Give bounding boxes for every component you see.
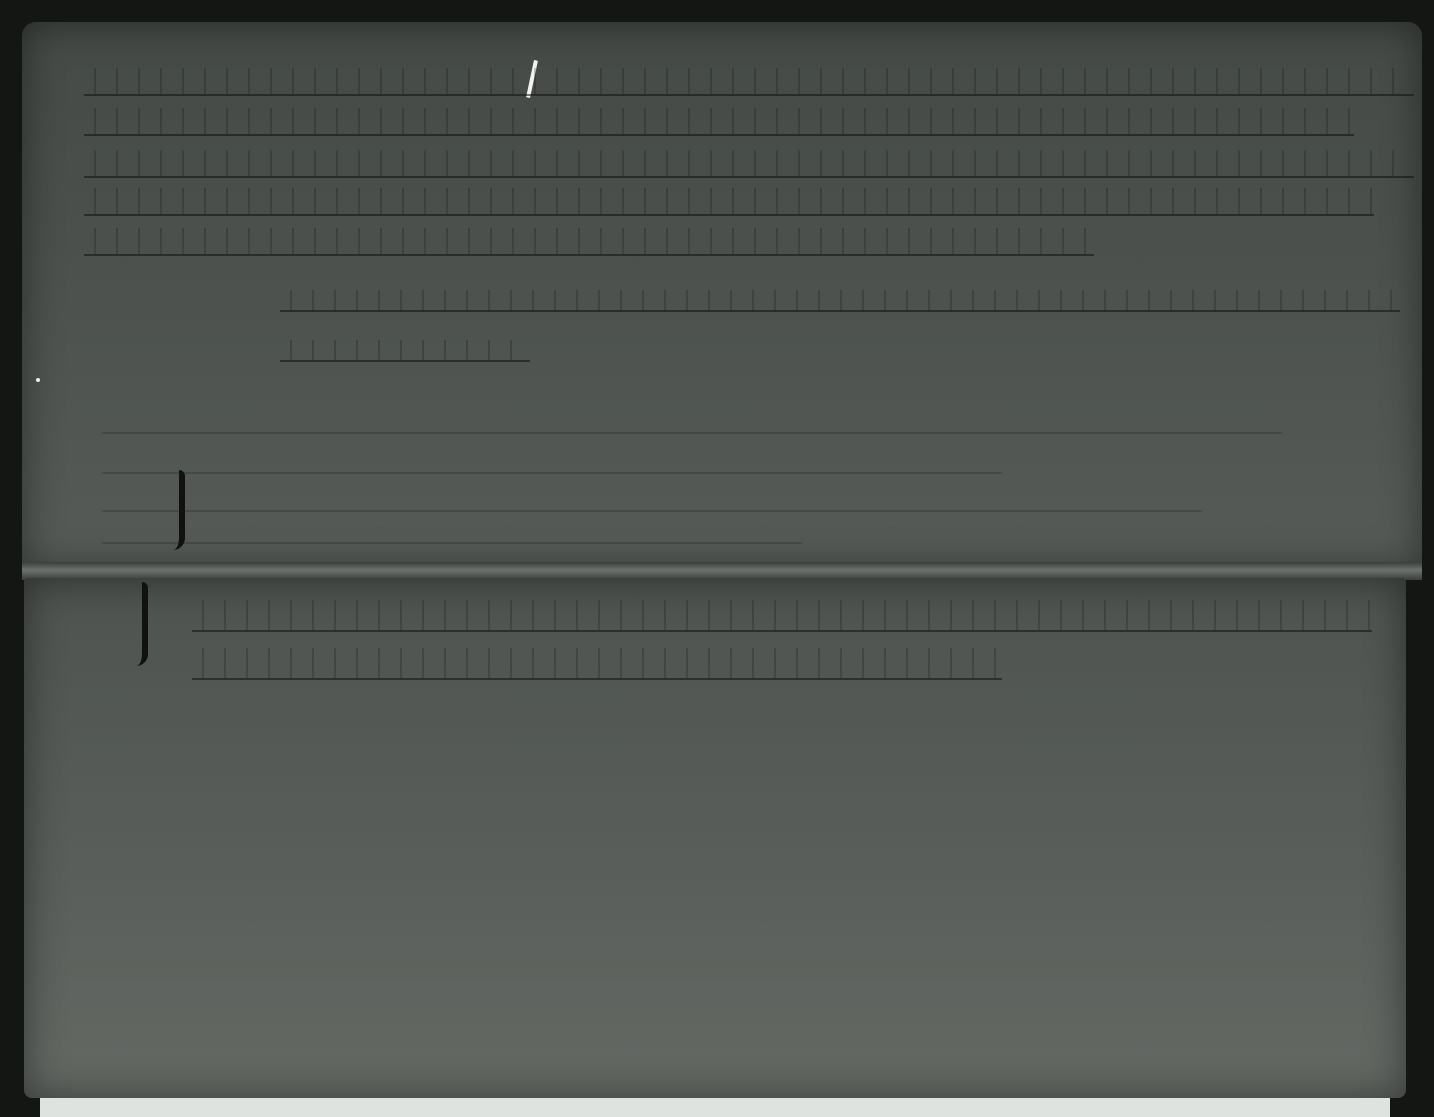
light-strip (40, 1098, 1390, 1117)
text-line-indented (280, 340, 530, 362)
text-line (84, 108, 1354, 136)
text-line (192, 600, 1372, 632)
text-line-indented (280, 290, 1400, 312)
faint-line (102, 524, 802, 544)
manuscript-bottom-page: Two lines of handwritten Burmese script … (24, 578, 1406, 1098)
manuscript-top-page: Dense handwritten Burmese script, five l… (22, 22, 1422, 570)
faint-line (102, 492, 1202, 512)
faint-line (102, 414, 1282, 434)
text-line (84, 68, 1414, 96)
faint-line (102, 454, 1002, 474)
bracket-mark (120, 582, 148, 666)
text-line (84, 150, 1414, 178)
text-line (192, 648, 1002, 680)
speck (36, 378, 40, 382)
text-line (84, 188, 1374, 216)
bracket-mark (157, 470, 185, 550)
text-line (84, 228, 1094, 256)
